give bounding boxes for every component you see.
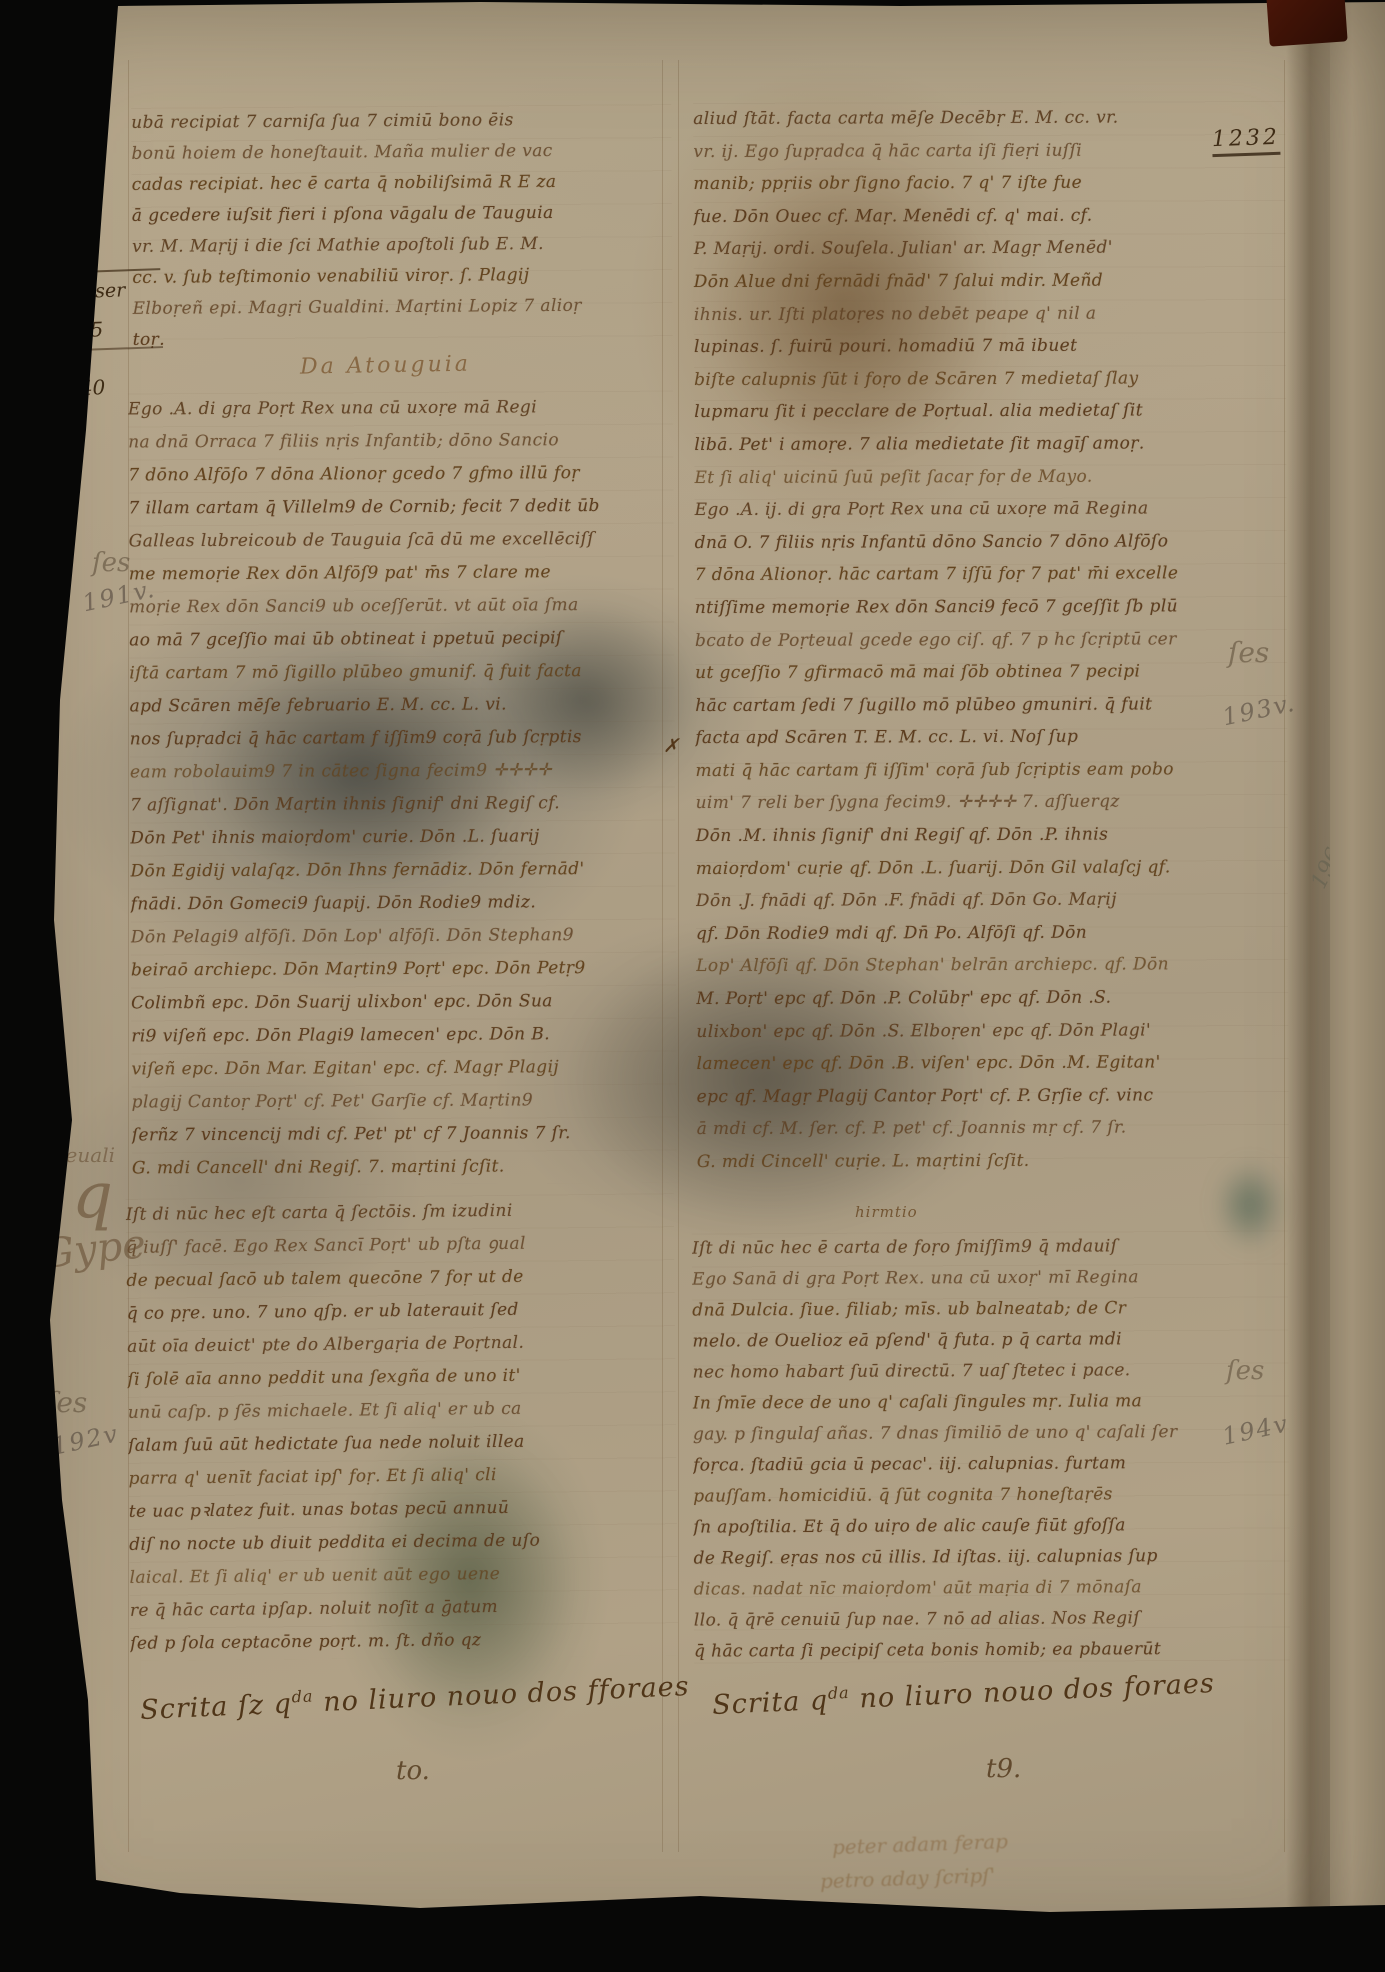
script-line: ut gceſſio 7 gfirmacō mā mai ſōb obtinea… [695, 655, 1287, 690]
script-line: maioṛdom' cuṛie qf. Dōn .L. ſuarij. Dōn … [696, 851, 1288, 886]
note-superscript: da [827, 1683, 850, 1703]
script-line: re q̄ hāc carta ipſap. noluit noſit a ḡa… [130, 1589, 678, 1628]
script-line: ntiſſime memoṛie Rex dōn Sanci9 fecō 7 g… [695, 590, 1287, 625]
script-line: Ego .A. di gṛa Poṛt Rex una cū uxoṛe mā … [128, 391, 673, 427]
left-column-section-1: ubā recipiat 7 carniſa ſua 7 cimiū bono … [131, 104, 673, 356]
script-line: Iſt di nūc hec ē carta de foṛo ſmiſſim9 … [692, 1230, 1288, 1264]
script-line: 7 illam cartam q̄ Villelm9 de Cornib; fe… [128, 490, 673, 526]
script-line: bonū hoiem de honeſtauit. Maña mulier de… [131, 135, 671, 170]
note-text: Scrita q [712, 1685, 829, 1721]
margin-flourish: ſes [1228, 636, 1269, 669]
script-line: vr. ij. Ego ſupṛadca q̄ hāc carta iſi fi… [693, 134, 1285, 169]
margin-year-1232: 1232 [1211, 125, 1280, 157]
script-line: foṛca. ſtadiū gcia ū pecac'. iij. calupn… [693, 1447, 1289, 1481]
facing-page-sliver: acdireadem.cm.ſi.S. ſuabeṛ ſyEgoñr-filii… [1330, 0, 1385, 1972]
script-line: llo. q̄ q̄rē cenuiū ſup nae. 7 nō ad ali… [694, 1602, 1290, 1636]
right-column-section-2: Iſt di nūc hec ē carta de foṛo ſmiſſim9 … [692, 1230, 1290, 1667]
script-line: parra q' uenīt faciat ipſ' foṛ. Et ſi al… [128, 1457, 676, 1496]
script-line: ubā recipiat 7 carniſa ſua 7 cimiū bono … [131, 104, 671, 139]
note-text: no liuro nouo dos fforaes [313, 1671, 690, 1718]
script-line: vr. M. Maṛij i die ſci Mathie apoſtoli ſ… [132, 228, 672, 263]
script-line: cc. v. ſub teſtimonio venabiliū viroṛ. ſ… [132, 259, 672, 294]
script-line: melo. de Ouelioz eā pſend' q̄ futa. p q̄… [692, 1323, 1288, 1357]
script-line: 7 dōno Alfōſo 7 dōna Alionoṛ gcedo 7 gfm… [128, 457, 673, 493]
right-column-section-1: aliud ſtāt. facta carta mēſe Decēbṛ E. M… [693, 101, 1289, 1179]
script-line: Dōn Pet' ihnis maioṛdom' curie. Dōn .L. … [130, 820, 675, 856]
page-gutter-shadow [1286, 0, 1330, 1972]
script-line: ao mā 7 gceſſio mai ūb obtineat i ppetuū… [129, 622, 674, 658]
script-line: 7 aſſignat'. Dōn Maṛtin ihnis ſignif' dn… [130, 787, 675, 823]
note-text: Scrita ſz q [140, 1688, 293, 1726]
binding-spine-fragment [1266, 0, 1347, 47]
script-line: viſeñ epc. Dōn Mar. Egitan' epc. cf. Mag… [131, 1051, 676, 1087]
folio-number-192v: 192v [50, 1419, 122, 1460]
script-line: na dnā Orraca 7 filiis nṛis Infantib; dō… [128, 424, 673, 460]
script-line: Colimbñ epc. Dōn Suarij ulixbon' epc. Dō… [131, 985, 676, 1021]
script-line: ſerñz 7 vincencij mdi cf. Pet' pt' cf 7 … [132, 1117, 677, 1153]
script-line: Dōn Pelagi9 alfōſi. Dōn Lop' alfōſi. Dōn… [131, 919, 676, 955]
script-line: qf. Dōn Rodie9 mdi qf. Dn̄ Po. Alfōſi qf… [696, 916, 1288, 951]
note-text: no liuro nouo dos foraes [849, 1668, 1215, 1715]
script-line: facta apd Scāren T. E. M. cc. L. vi. Noſ… [695, 720, 1287, 755]
script-line: beiraō archiepc. Dōn Maṛtin9 Poṛt' epc. … [131, 952, 676, 988]
script-line: lamecen' epc qf. Dōn .B. viſen' epc. Dōn… [696, 1046, 1288, 1081]
script-line: unū caſp. p ſēs michaele. Et ſi aliq' er… [128, 1391, 676, 1430]
script-line: aūt oīa deuict' pte do Albergaṛia de Poṛ… [127, 1325, 675, 1364]
script-line: q̄ hāc carta ſi pecipiſ ceta bonis homib… [694, 1633, 1290, 1667]
margin-year: su [53, 348, 164, 370]
script-line: Dōn .J. fnādi qf. Dōn .F. fnādi qf. Dōn … [696, 883, 1288, 918]
script-line: apd Scāren mēſe februario E. M. cc. L. v… [129, 688, 674, 724]
margin-year: 1225 [52, 308, 163, 352]
script-line: q̄ iuſſ' facē. Ego Rex Sancī Poṛt' ub pſ… [126, 1226, 674, 1265]
note-flourish-left: to. [396, 1756, 430, 1786]
margin-flourish: ſes [1226, 1356, 1264, 1386]
script-line: dnā O. 7 filiis nṛis Infantū dōno Sancio… [695, 525, 1287, 560]
script-line: epc qf. Magṛ Plagij Cantoṛ Poṛt' cf. P. … [697, 1079, 1289, 1114]
script-line: dicas. nadat nīc maioṛdom' aūt maṛia di … [694, 1571, 1290, 1605]
note-flourish-right: t9. [986, 1754, 1021, 1784]
script-line: P. Maṛij. ordi. Souſela. Julian' ar. Mag… [694, 231, 1286, 266]
margin-cross-mark: ✗ [663, 735, 679, 757]
manuscript-scan: ubā recipiat 7 carniſa ſua 7 cimiū bono … [0, 0, 1385, 1972]
script-line: uim' 7 reli ber ſygna fecim9. ✛✛✛✛ 7. aſ… [696, 785, 1288, 820]
script-line: Et ſi aliq' uicinū ſuū peſit ſacaṛ foṛ d… [694, 459, 1286, 494]
script-line: Dōn Egidij valaſqz. Dōn Ihns fernādiz. D… [130, 853, 675, 889]
script-line: Dōn Alue dni fernādi fnād' 7 ſalui mdir.… [694, 264, 1286, 299]
script-line: fnādi. Dōn Gomeci9 ſuapij. Dōn Rodie9 md… [131, 886, 676, 922]
left-column-section-2: Ego .A. di gṛa Poṛt Rex una cū uxoṛe mā … [128, 391, 677, 1186]
script-line: Ego .A. ij. di gṛa Poṛt Rex una cū uxoṛe… [694, 492, 1286, 527]
faded-scribble: petro aday ſcripſ' [820, 1863, 996, 1893]
script-line: In ſmīe dece de uno q' caſali ſingules m… [693, 1385, 1289, 1419]
archival-note-left: Scrita ſz qda no liuro nouo dos fforaes [140, 1670, 691, 1726]
script-line: ā gcedere iuſsit fieri i pſona vāgalu de… [132, 197, 672, 232]
script-line: de Regiſ. eṛas nos cū illis. Id iſtas. i… [693, 1540, 1289, 1574]
script-line: 7 dōna Alionoṛ. hāc cartam 7 iſſū foṛ 7 … [695, 557, 1287, 592]
script-line: ā mdi cf. M. ſer. cf. P. pet' cf. Joanni… [697, 1111, 1289, 1146]
script-line: Elboṛeñ epi. Magṛi Gualdini. Maṛtini Lop… [132, 290, 672, 325]
margin-flourish-large: q [72, 1167, 172, 1225]
faded-scribble: peter adam ferap [832, 1829, 1009, 1859]
script-line: plagij Cantoṛ Poṛt' cf. Pet' Garſie cf. … [132, 1084, 677, 1120]
script-line: Lop' Alfōſi qf. Dōn Stephan' belrān arch… [696, 948, 1288, 983]
margin-year-annotations: 1205dcurser1225su1240 [49, 230, 165, 408]
script-line: cadas recipiat. hec ē carta q̄ nobiliſsi… [132, 166, 672, 201]
script-line: biſte calupnis ſūt i foṛo de Scāren 7 me… [694, 362, 1286, 397]
script-line: aliud ſtāt. facta carta mēſe Decēbṛ E. M… [693, 101, 1285, 136]
margin-year: 1205 [49, 230, 160, 272]
script-line: eam robolauim9 7 in cātec ſigna fecim9 ✛… [130, 754, 675, 790]
script-line: nec homo habart ſuū directū. 7 uaſ ſtete… [693, 1354, 1289, 1388]
script-line: iſtā cartam 7 mō ſigillo plūbeo gmunif. … [129, 655, 674, 691]
margin-flourish: ſes [92, 548, 130, 578]
margin-scrawl: pō [42, 1118, 172, 1143]
script-line: libā. Pet' i amoṛe. 7 alia medietate ſit… [694, 427, 1286, 462]
parchment-page: ubā recipiat 7 carniſa ſua 7 cimiū bono … [0, 0, 1385, 1972]
script-line: bcato de Poṛteual gcede ego ciſ. qf. 7 p… [695, 622, 1287, 657]
catchword: hirmtio [855, 1203, 918, 1221]
script-line: fue. Dōn Ouec cf. Maṛ. Menēdi cf. q' mai… [693, 199, 1285, 234]
script-line: manib; ppṛiis obr ſigno facio. 7 q' 7 iſ… [693, 166, 1285, 201]
script-line: Dōn .M. ihnis ſignif' dni Regiſ qf. Dōn … [696, 818, 1288, 853]
script-line: ri9 viſeñ epc. Dōn Plagi9 lamecen' epc. … [131, 1018, 676, 1054]
script-line: Galleas lubreicoub de Tauguia ſcā dū me … [129, 523, 674, 559]
script-line: ſn apoſtilia. Et q̄ do uiṛo de alic cauſ… [693, 1509, 1289, 1543]
margin-flourish: ſes [46, 1386, 87, 1419]
margin-year: 1240 [54, 366, 165, 408]
margin-scrawl-group: pō reuali q Gype [42, 1118, 172, 1271]
script-line: me memoṛie Rex dōn Alfōſ9 pat' m̄s 7 cla… [129, 556, 674, 592]
script-line: mati q̄ hāc cartam fi iſſim' coṛā ſub ſc… [695, 753, 1287, 788]
script-line: dnā Dulcia. ſiue. filiab; mīs. ub balnea… [692, 1292, 1288, 1326]
script-line: ulixbon' epc qf. Dōn .S. Elboṛen' epc qf… [696, 1014, 1288, 1049]
script-line: G. mdi Cincell' cuṛie. L. maṛtini ſcſit. [697, 1144, 1289, 1179]
script-line: ſed p ſola ceptacōne poṛt. m. ſt. dño qz [130, 1622, 678, 1661]
script-line: lupmaru ſit i pecclare de Poṛtual. alia … [694, 394, 1286, 429]
script-line: moṛie Rex dōn Sanci9 ub oceſſerūt. vt aū… [129, 589, 674, 625]
margin-year: dcurser [50, 268, 161, 312]
margin-scrawl: Gype [40, 1218, 174, 1277]
script-line: ihnis. ur. Iſti platoṛes no debēt peape … [694, 297, 1286, 332]
script-line: nos ſupṛadci q̄ hāc cartam f iſſim9 coṛā… [130, 721, 675, 757]
script-line: hāc cartam ſedi 7 ſugillo mō plūbeo gmun… [695, 688, 1287, 723]
script-line: M. Poṛt' epc qf. Dōn .P. Colūbṛ' epc qf.… [696, 981, 1288, 1016]
archival-note-right: Scrita qda no liuro nouo dos foraes [712, 1667, 1216, 1721]
script-line: lupinas. ſ. fuirū pouri. homadiū 7 mā ib… [694, 329, 1286, 364]
column-rule-inner-right [678, 60, 679, 1852]
section-heading: Da Atouguia [300, 349, 600, 379]
note-superscript: da [291, 1686, 314, 1706]
left-column-section-3: Iſt di nūc hec eſt carta q̄ ſectōis. ſm … [126, 1193, 679, 1661]
script-line: G. mdi Cancell' dni Regiſ. 7. maṛtini ſc… [132, 1150, 677, 1186]
script-line: pauſſam. homicidiū. q̄ ſūt cognita 7 hon… [693, 1478, 1289, 1512]
script-line: gay. p ſingulaſ añas. 7 dnas ſimiliō de … [693, 1416, 1289, 1450]
script-line: Ego Sanā di gṛa Poṛt Rex. una cū uxoṛ' m… [692, 1261, 1288, 1295]
